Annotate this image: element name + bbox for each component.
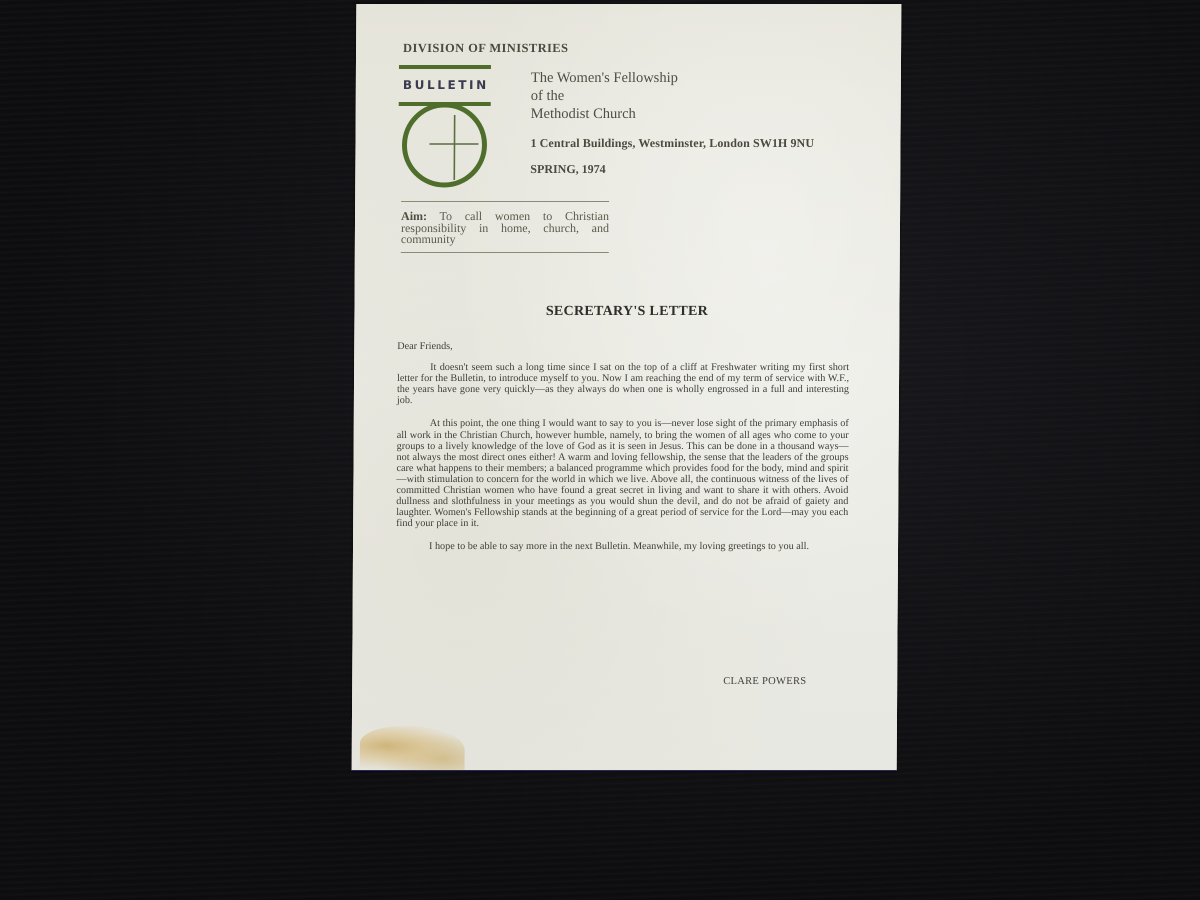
letter-paragraph: At this point, the one thing I would wan… <box>396 418 849 529</box>
water-stain <box>360 726 465 770</box>
letter-title: SECRETARY'S LETTER <box>354 304 899 320</box>
bulletin-logo: BULLETIN <box>398 64 494 189</box>
organization-name: The Women's Fellowship of the Methodist … <box>531 69 678 123</box>
org-line-2: of the <box>531 87 678 105</box>
letter-signature: CLARE POWERS <box>723 676 806 687</box>
logo-top-rule <box>399 65 491 69</box>
bulletin-page: DIVISION OF MINISTRIES BULLETIN The Wome… <box>352 4 902 771</box>
logo-wordmark: BULLETIN <box>400 78 492 92</box>
division-heading: DIVISION OF MINISTRIES <box>403 41 568 56</box>
letter-paragraph: It doesn't seem such a long time since I… <box>397 362 849 406</box>
org-line-3: Methodist Church <box>531 105 678 123</box>
org-line-1: The Women's Fellowship <box>531 69 678 87</box>
letter-salutation: Dear Friends, <box>397 341 849 352</box>
letter-body: Dear Friends, It doesn't seem such a lon… <box>396 341 849 565</box>
circle-cross-icon <box>398 102 491 190</box>
letter-paragraph: I hope to be able to say more in the nex… <box>396 541 848 552</box>
aim-text: To call women to Christian responsibilit… <box>401 209 609 246</box>
aim-statement: Aim: To call women to Christian responsi… <box>401 201 609 253</box>
organization-address: 1 Central Buildings, Westminster, London… <box>530 136 814 151</box>
issue-date: SPRING, 1974 <box>530 162 605 177</box>
